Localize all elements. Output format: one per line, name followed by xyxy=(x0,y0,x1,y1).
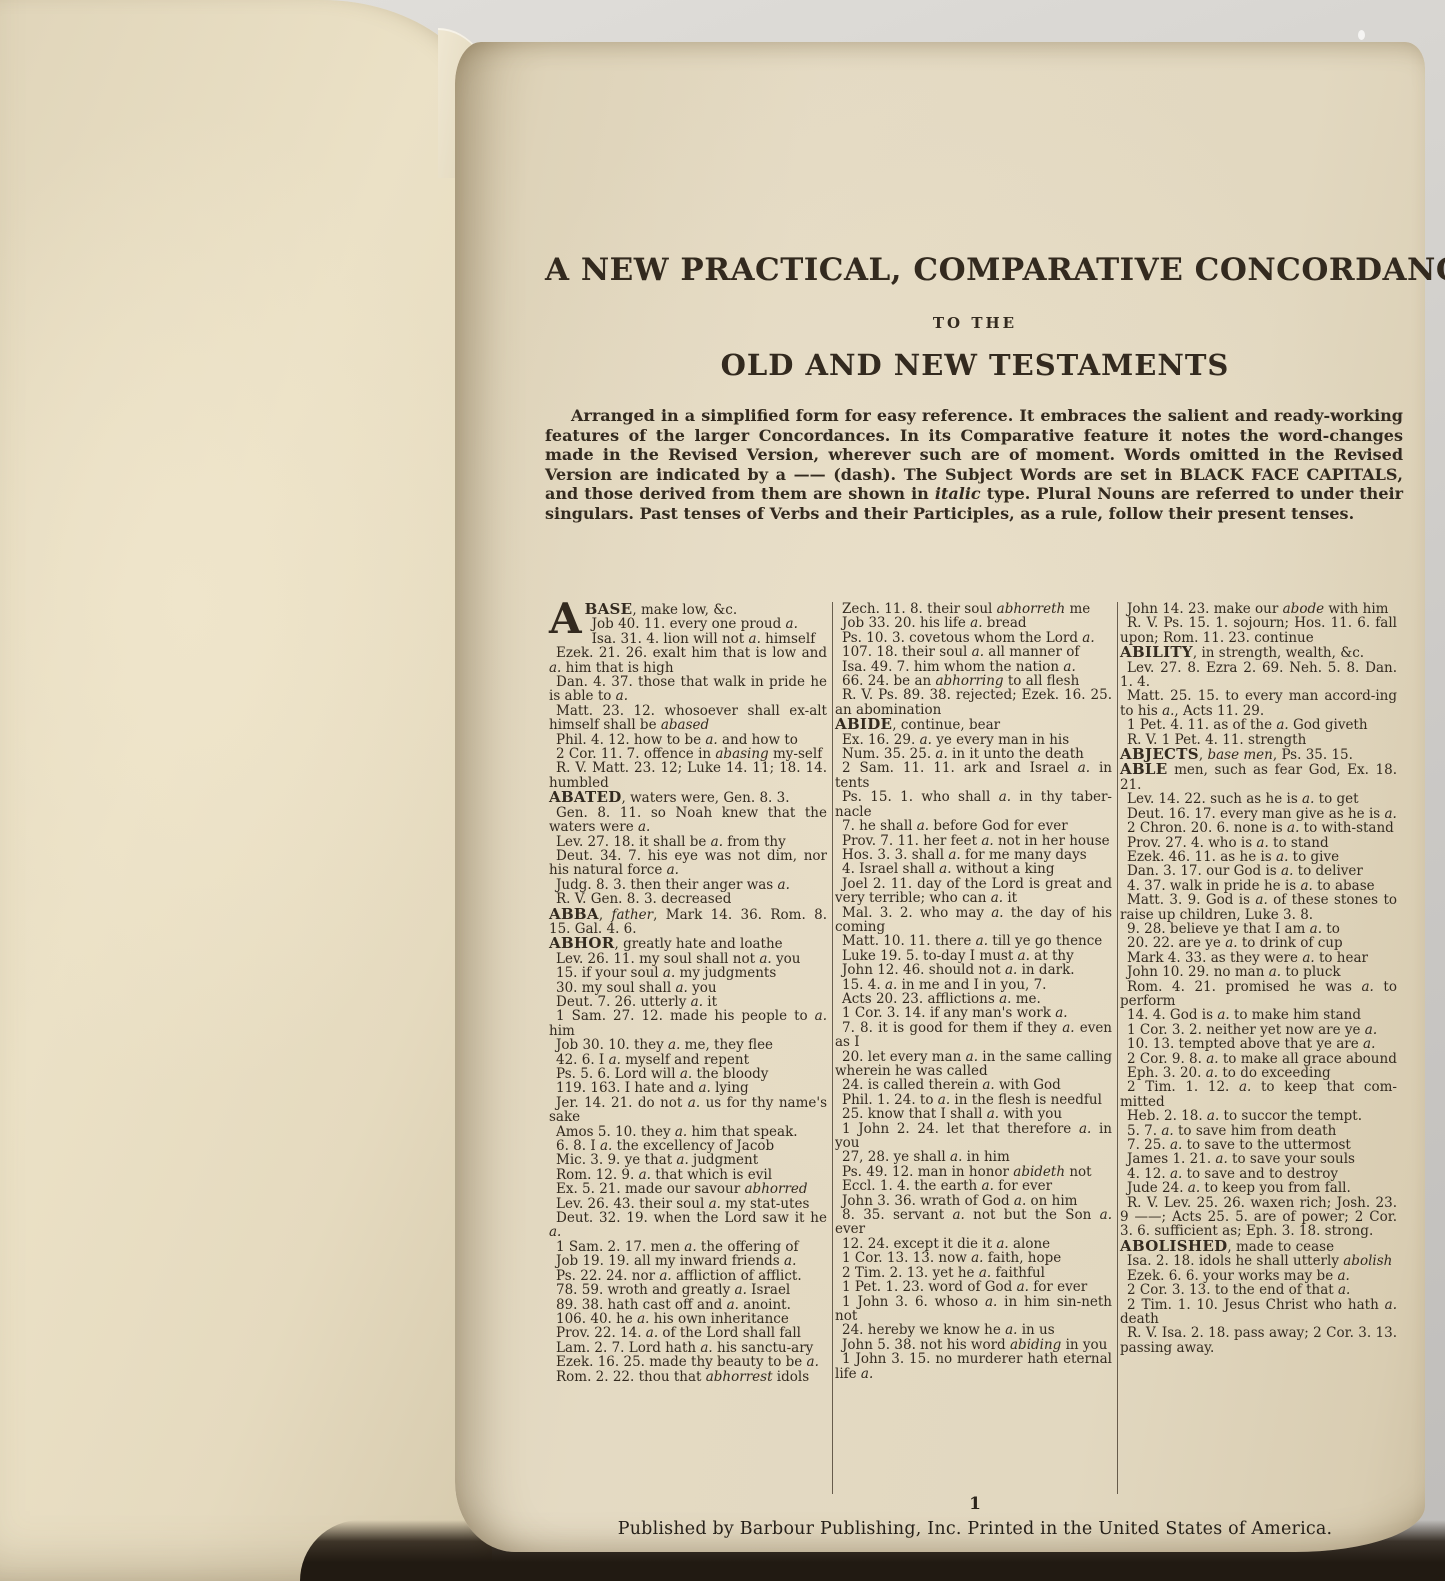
left-page xyxy=(0,0,492,1581)
concordance-column-3: John 14. 23. make our abode with himR. V… xyxy=(1117,602,1402,1494)
reference-entry: Lam. 2. 7. Lord hath a. his sanctu-ary xyxy=(549,1341,827,1355)
reference-entry: Judg. 8. 3. then their anger was a. xyxy=(549,878,827,892)
reference-entry: 106. 40. he a. his own inheritance xyxy=(549,1312,827,1326)
reference-entry: John 14. 23. make our abode with him xyxy=(1120,602,1397,616)
reference-entry: 24. hereby we know he a. in us xyxy=(835,1323,1112,1337)
reference-entry: Lev. 14. 22. such as he is a. to get xyxy=(1120,792,1397,806)
reference-entry: Amos 5. 10. they a. him that speak. xyxy=(549,1125,827,1139)
introduction-paragraph: Arranged in a simplified form for easy r… xyxy=(545,406,1403,524)
headword: ABIDE xyxy=(835,715,892,733)
reference-entry: R. V. Lev. 25. 26. waxen rich; Josh. 23.… xyxy=(1120,1196,1397,1239)
reference-entry: Deut. 7. 26. utterly a. it xyxy=(549,995,827,1009)
reference-entry: Mark 4. 33. as they were a. to hear xyxy=(1120,951,1397,965)
headword: ABLE xyxy=(1120,760,1168,778)
reference-entry: 42. 6. I a. myself and repent xyxy=(549,1053,827,1067)
reference-entry: Job 33. 20. his life a. bread xyxy=(835,616,1112,630)
reference-entry: 15. if your soul a. my judgments xyxy=(549,966,827,980)
reference-entry: 10. 13. tempted above that ye are a. xyxy=(1120,1037,1397,1051)
reference-entry: 2 Tim. 2. 13. yet he a. faithful xyxy=(835,1266,1112,1280)
reference-entry: Job 19. 19. all my inward friends a. xyxy=(549,1254,827,1268)
reference-entry: Ps. 10. 3. covetous whom the Lord a. xyxy=(835,631,1112,645)
book-title: A NEW PRACTICAL, COMPARATIVE CONCORDANCE xyxy=(545,252,1405,288)
reference-entry: Job 40. 11. every one proud a. xyxy=(549,617,827,631)
reference-entry: Phil. 1. 24. to a. in the flesh is needf… xyxy=(835,1093,1112,1107)
book-subtitle: OLD AND NEW TESTAMENTS xyxy=(545,348,1405,382)
headword: ABBA xyxy=(549,905,599,923)
reference-entry: Dan. 4. 37. those that walk in pride he … xyxy=(549,675,827,704)
right-page: A NEW PRACTICAL, COMPARATIVE CONCORDANCE… xyxy=(455,42,1425,1552)
reference-entry: Matt. 10. 11. there a. till ye go thence xyxy=(835,934,1112,948)
page-content: A NEW PRACTICAL, COMPARATIVE CONCORDANCE… xyxy=(545,42,1405,1552)
headword-entry: ABHOR, greatly hate and loathe xyxy=(549,936,827,951)
reference-entry: 2 Cor. 11. 7. offence in abasing my-self xyxy=(549,747,827,761)
reference-entry: 4. 12. a. to save and to destroy xyxy=(1120,1167,1397,1181)
reference-entry: John 5. 38. not his word abiding in you xyxy=(835,1338,1112,1352)
reference-entry: Lev. 27. 18. it shall be a. from thy xyxy=(549,835,827,849)
reference-entry: Rom. 12. 9. a. that which is evil xyxy=(549,1168,827,1182)
reference-entry: Eccl. 1. 4. the earth a. for ever xyxy=(835,1179,1112,1193)
reference-entry: 1 Cor. 13. 13. now a. faith, hope xyxy=(835,1251,1112,1265)
reference-entry: 15. 4. a. in me and I in you, 7. xyxy=(835,978,1112,992)
reference-entry: 1 Sam. 27. 12. made his people to a. him xyxy=(549,1009,827,1038)
reference-entry: John 3. 36. wrath of God a. on him xyxy=(835,1194,1112,1208)
reference-entry: Isa. 2. 18. idols he shall utterly aboli… xyxy=(1120,1254,1397,1268)
reference-entry: Jude 24. a. to keep you from fall. xyxy=(1120,1181,1397,1195)
reference-entry: 30. my soul shall a. you xyxy=(549,981,827,995)
subtitle-prefix: TO THE xyxy=(545,314,1405,332)
reference-entry: 1 Pet. 4. 11. as of the a. God giveth xyxy=(1120,718,1397,732)
reference-entry: 24. is called therein a. with God xyxy=(835,1078,1112,1092)
reference-entry: 14. 4. God is a. to make him stand xyxy=(1120,1008,1397,1022)
headword-entry: ABOLISHED, made to cease xyxy=(1120,1239,1397,1254)
reference-entry: 8. 35. servant a. not but the Son a. eve… xyxy=(835,1208,1112,1237)
reference-entry: 1 John 3. 6. whoso a. in him sin-neth no… xyxy=(835,1295,1112,1324)
reference-entry: 25. know that I shall a. with you xyxy=(835,1107,1112,1121)
book-photo-scene: A NEW PRACTICAL, COMPARATIVE CONCORDANCE… xyxy=(0,0,1445,1581)
reference-entry: 2 Tim. 1. 12. a. to keep that com-mitted xyxy=(1120,1080,1397,1109)
reference-entry: 27, 28. ye shall a. in him xyxy=(835,1150,1112,1164)
reference-entry: 6. 8. I a. the excellency of Jacob xyxy=(549,1139,827,1153)
reference-entry: Eph. 3. 20. a. to do exceeding xyxy=(1120,1066,1397,1080)
reference-entry: Joel 2. 11. day of the Lord is great and… xyxy=(835,877,1112,906)
reference-entry: Rom. 2. 22. thou that abhorrest idols xyxy=(549,1370,827,1384)
reference-entry: 9. 28. believe ye that I am a. to xyxy=(1120,922,1397,936)
reference-entry: Ps. 49. 12. man in honor abideth not xyxy=(835,1165,1112,1179)
reference-entry: 2 Tim. 1. 10. Jesus Christ who hath a. d… xyxy=(1120,1298,1397,1327)
reference-entry: 2 Cor. 3. 13. to the end of that a. xyxy=(1120,1283,1397,1297)
reference-entry: Isa. 49. 7. him whom the nation a. xyxy=(835,660,1112,674)
headword-entry: ABASE, make low, &c. xyxy=(549,602,827,617)
reference-entry: Hos. 3. 3. shall a. for me many days xyxy=(835,848,1112,862)
reference-entry: R. V. Isa. 2. 18. pass away; 2 Cor. 3. 1… xyxy=(1120,1326,1397,1355)
reference-entry: 12. 24. except it die it a. alone xyxy=(835,1237,1112,1251)
reference-entry: Isa. 31. 4. lion will not a. himself xyxy=(549,632,827,646)
reference-entry: R. V. Ps. 89. 38. rejected; Ezek. 16. 25… xyxy=(835,688,1112,717)
reference-entry: Dan. 3. 17. our God is a. to deliver xyxy=(1120,864,1397,878)
reference-entry: 2 Chron. 20. 6. none is a. to with-stand xyxy=(1120,821,1397,835)
page-number: 1 xyxy=(545,1494,1405,1514)
reference-entry: Ex. 5. 21. made our savour abhorred xyxy=(549,1182,827,1196)
reference-entry: 20. let every man a. in the same calling… xyxy=(835,1050,1112,1079)
reference-entry: Acts 20. 23. afflictions a. me. xyxy=(835,992,1112,1006)
reference-entry: 1 John 3. 15. no murderer hath eternal l… xyxy=(835,1352,1112,1381)
reference-entry: 1 Sam. 2. 17. men a. the offering of xyxy=(549,1240,827,1254)
headword-entry: ABLE men, such as fear God, Ex. 18. 21. xyxy=(1120,762,1397,792)
reference-entry: 1 Pet. 1. 23. word of God a. for ever xyxy=(835,1280,1112,1294)
reference-entry: 107. 18. their soul a. all manner of xyxy=(835,645,1112,659)
reference-entry: Ex. 16. 29. a. ye every man in his xyxy=(835,733,1112,747)
reference-entry: Prov. 7. 11. her feet a. not in her hous… xyxy=(835,834,1112,848)
reference-entry: R. V. Matt. 23. 12; Luke 14. 11; 18. 14.… xyxy=(549,761,827,790)
reference-entry: Lev. 26. 43. their soul a. my stat-utes xyxy=(549,1197,827,1211)
reference-entry: Lev. 27. 8. Ezra 2. 69. Neh. 5. 8. Dan. … xyxy=(1120,661,1397,690)
reference-entry: 1 John 2. 24. let that therefore a. in y… xyxy=(835,1122,1112,1151)
reference-entry: Luke 19. 5. to-day I must a. at thy xyxy=(835,949,1112,963)
reference-entry: Mic. 3. 9. ye that a. judgment xyxy=(549,1153,827,1167)
reference-entry: Job 30. 10. they a. me, they flee xyxy=(549,1038,827,1052)
headword: ABATED xyxy=(549,788,622,806)
reference-entry: 7. he shall a. before God for ever xyxy=(835,819,1112,833)
reference-entry: Phil. 4. 12. how to be a. and how to xyxy=(549,733,827,747)
wall-speck xyxy=(1358,30,1365,40)
reference-entry: 4. Israel shall a. without a king xyxy=(835,862,1112,876)
reference-entry: 5. 7. a. to save him from death xyxy=(1120,1124,1397,1138)
headword-entry: ABATED, waters were, Gen. 8. 3. xyxy=(549,790,827,805)
reference-entry: 2 Cor. 9. 8. a. to make all grace abound xyxy=(1120,1052,1397,1066)
reference-entry: Ezek. 21. 26. exalt him that is low and … xyxy=(549,646,827,675)
headword: ABHOR xyxy=(549,934,615,952)
reference-entry: Deut. 34. 7. his eye was not dim, nor hi… xyxy=(549,849,827,878)
reference-entry: Deut. 16. 17. every man give as he is a. xyxy=(1120,807,1397,821)
dropcap-letter: A xyxy=(549,603,582,634)
reference-entry: Zech. 11. 8. their soul abhorreth me xyxy=(835,602,1112,616)
reference-entry: 1 Cor. 3. 14. if any man's work a. xyxy=(835,1006,1112,1020)
headword-entry: ABIDE, continue, bear xyxy=(835,717,1112,732)
headword-entry: ABILITY, in strength, wealth, &c. xyxy=(1120,645,1397,660)
reference-entry: 89. 38. hath cast off and a. anoint. xyxy=(549,1298,827,1312)
reference-entry: Mal. 3. 2. who may a. the day of his com… xyxy=(835,906,1112,935)
concordance-column-2: Zech. 11. 8. their soul abhorreth meJob … xyxy=(832,602,1117,1494)
reference-entry: Ps. 22. 24. nor a. affliction of afflict… xyxy=(549,1269,827,1283)
reference-entry: Lev. 26. 11. my soul shall not a. you xyxy=(549,952,827,966)
reference-entry: Matt. 25. 15. to every man accord-ing to… xyxy=(1120,689,1397,718)
concordance-columns: ABASE, make low, &c.Job 40. 11. every on… xyxy=(547,602,1403,1494)
reference-entry: Jer. 14. 21. do not a. us for thy name's… xyxy=(549,1096,827,1125)
reference-entry: Ps. 5. 6. Lord will a. the bloody xyxy=(549,1067,827,1081)
reference-entry: Matt. 3. 9. God is a. of these stones to… xyxy=(1120,893,1397,922)
reference-entry: 1 Cor. 3. 2. neither yet now are ye a. xyxy=(1120,1023,1397,1037)
reference-entry: Matt. 23. 12. whosoever shall ex-alt him… xyxy=(549,704,827,733)
reference-entry: 66. 24. be an abhorring to all flesh xyxy=(835,674,1112,688)
reference-entry: Ezek. 16. 25. made thy beauty to be a. xyxy=(549,1355,827,1369)
reference-entry: 78. 59. wroth and greatly a. Israel xyxy=(549,1283,827,1297)
reference-entry: 2 Sam. 11. 11. ark and Israel a. in tent… xyxy=(835,761,1112,790)
reference-entry: Num. 35. 25. a. in it unto the death xyxy=(835,747,1112,761)
headword: ABOLISHED xyxy=(1120,1237,1227,1255)
reference-entry: Ezek. 46. 11. as he is a. to give xyxy=(1120,850,1397,864)
reference-entry: Ezek. 6. 6. your works may be a. xyxy=(1120,1269,1397,1283)
reference-entry: 7. 8. it is good for them if they a. eve… xyxy=(835,1021,1112,1050)
reference-entry: Gen. 8. 11. so Noah knew that the waters… xyxy=(549,806,827,835)
headword: ABILITY xyxy=(1120,643,1193,661)
reference-entry: James 1. 21. a. to save your souls xyxy=(1120,1152,1397,1166)
reference-entry: John 12. 46. should not a. in dark. xyxy=(835,963,1112,977)
reference-entry: Prov. 22. 14. a. of the Lord shall fall xyxy=(549,1326,827,1340)
reference-entry: Heb. 2. 18. a. to succor the tempt. xyxy=(1120,1109,1397,1123)
reference-entry: Ps. 15. 1. who shall a. in thy taber-nac… xyxy=(835,790,1112,819)
reference-entry: 4. 37. walk in pride he is a. to abase xyxy=(1120,879,1397,893)
reference-entry: 7. 25. a. to save to the uttermost xyxy=(1120,1138,1397,1152)
reference-entry: Rom. 4. 21. promised he was a. to perfor… xyxy=(1120,980,1397,1009)
publisher-imprint: Published by Barbour Publishing, Inc. Pr… xyxy=(545,1519,1405,1539)
reference-entry: R. V. Ps. 15. 1. sojourn; Hos. 11. 6. fa… xyxy=(1120,616,1397,645)
reference-entry: 20. 22. are ye a. to drink of cup xyxy=(1120,936,1397,950)
reference-entry: Prov. 27. 4. who is a. to stand xyxy=(1120,836,1397,850)
reference-entry: Deut. 32. 19. when the Lord saw it he a. xyxy=(549,1211,827,1240)
reference-entry: John 10. 29. no man a. to pluck xyxy=(1120,965,1397,979)
concordance-column-1: ABASE, make low, &c.Job 40. 11. every on… xyxy=(547,602,832,1494)
reference-entry: 119. 163. I hate and a. lying xyxy=(549,1081,827,1095)
headword-entry: ABBA, father, Mark 14. 36. Rom. 8. 15. G… xyxy=(549,907,827,937)
